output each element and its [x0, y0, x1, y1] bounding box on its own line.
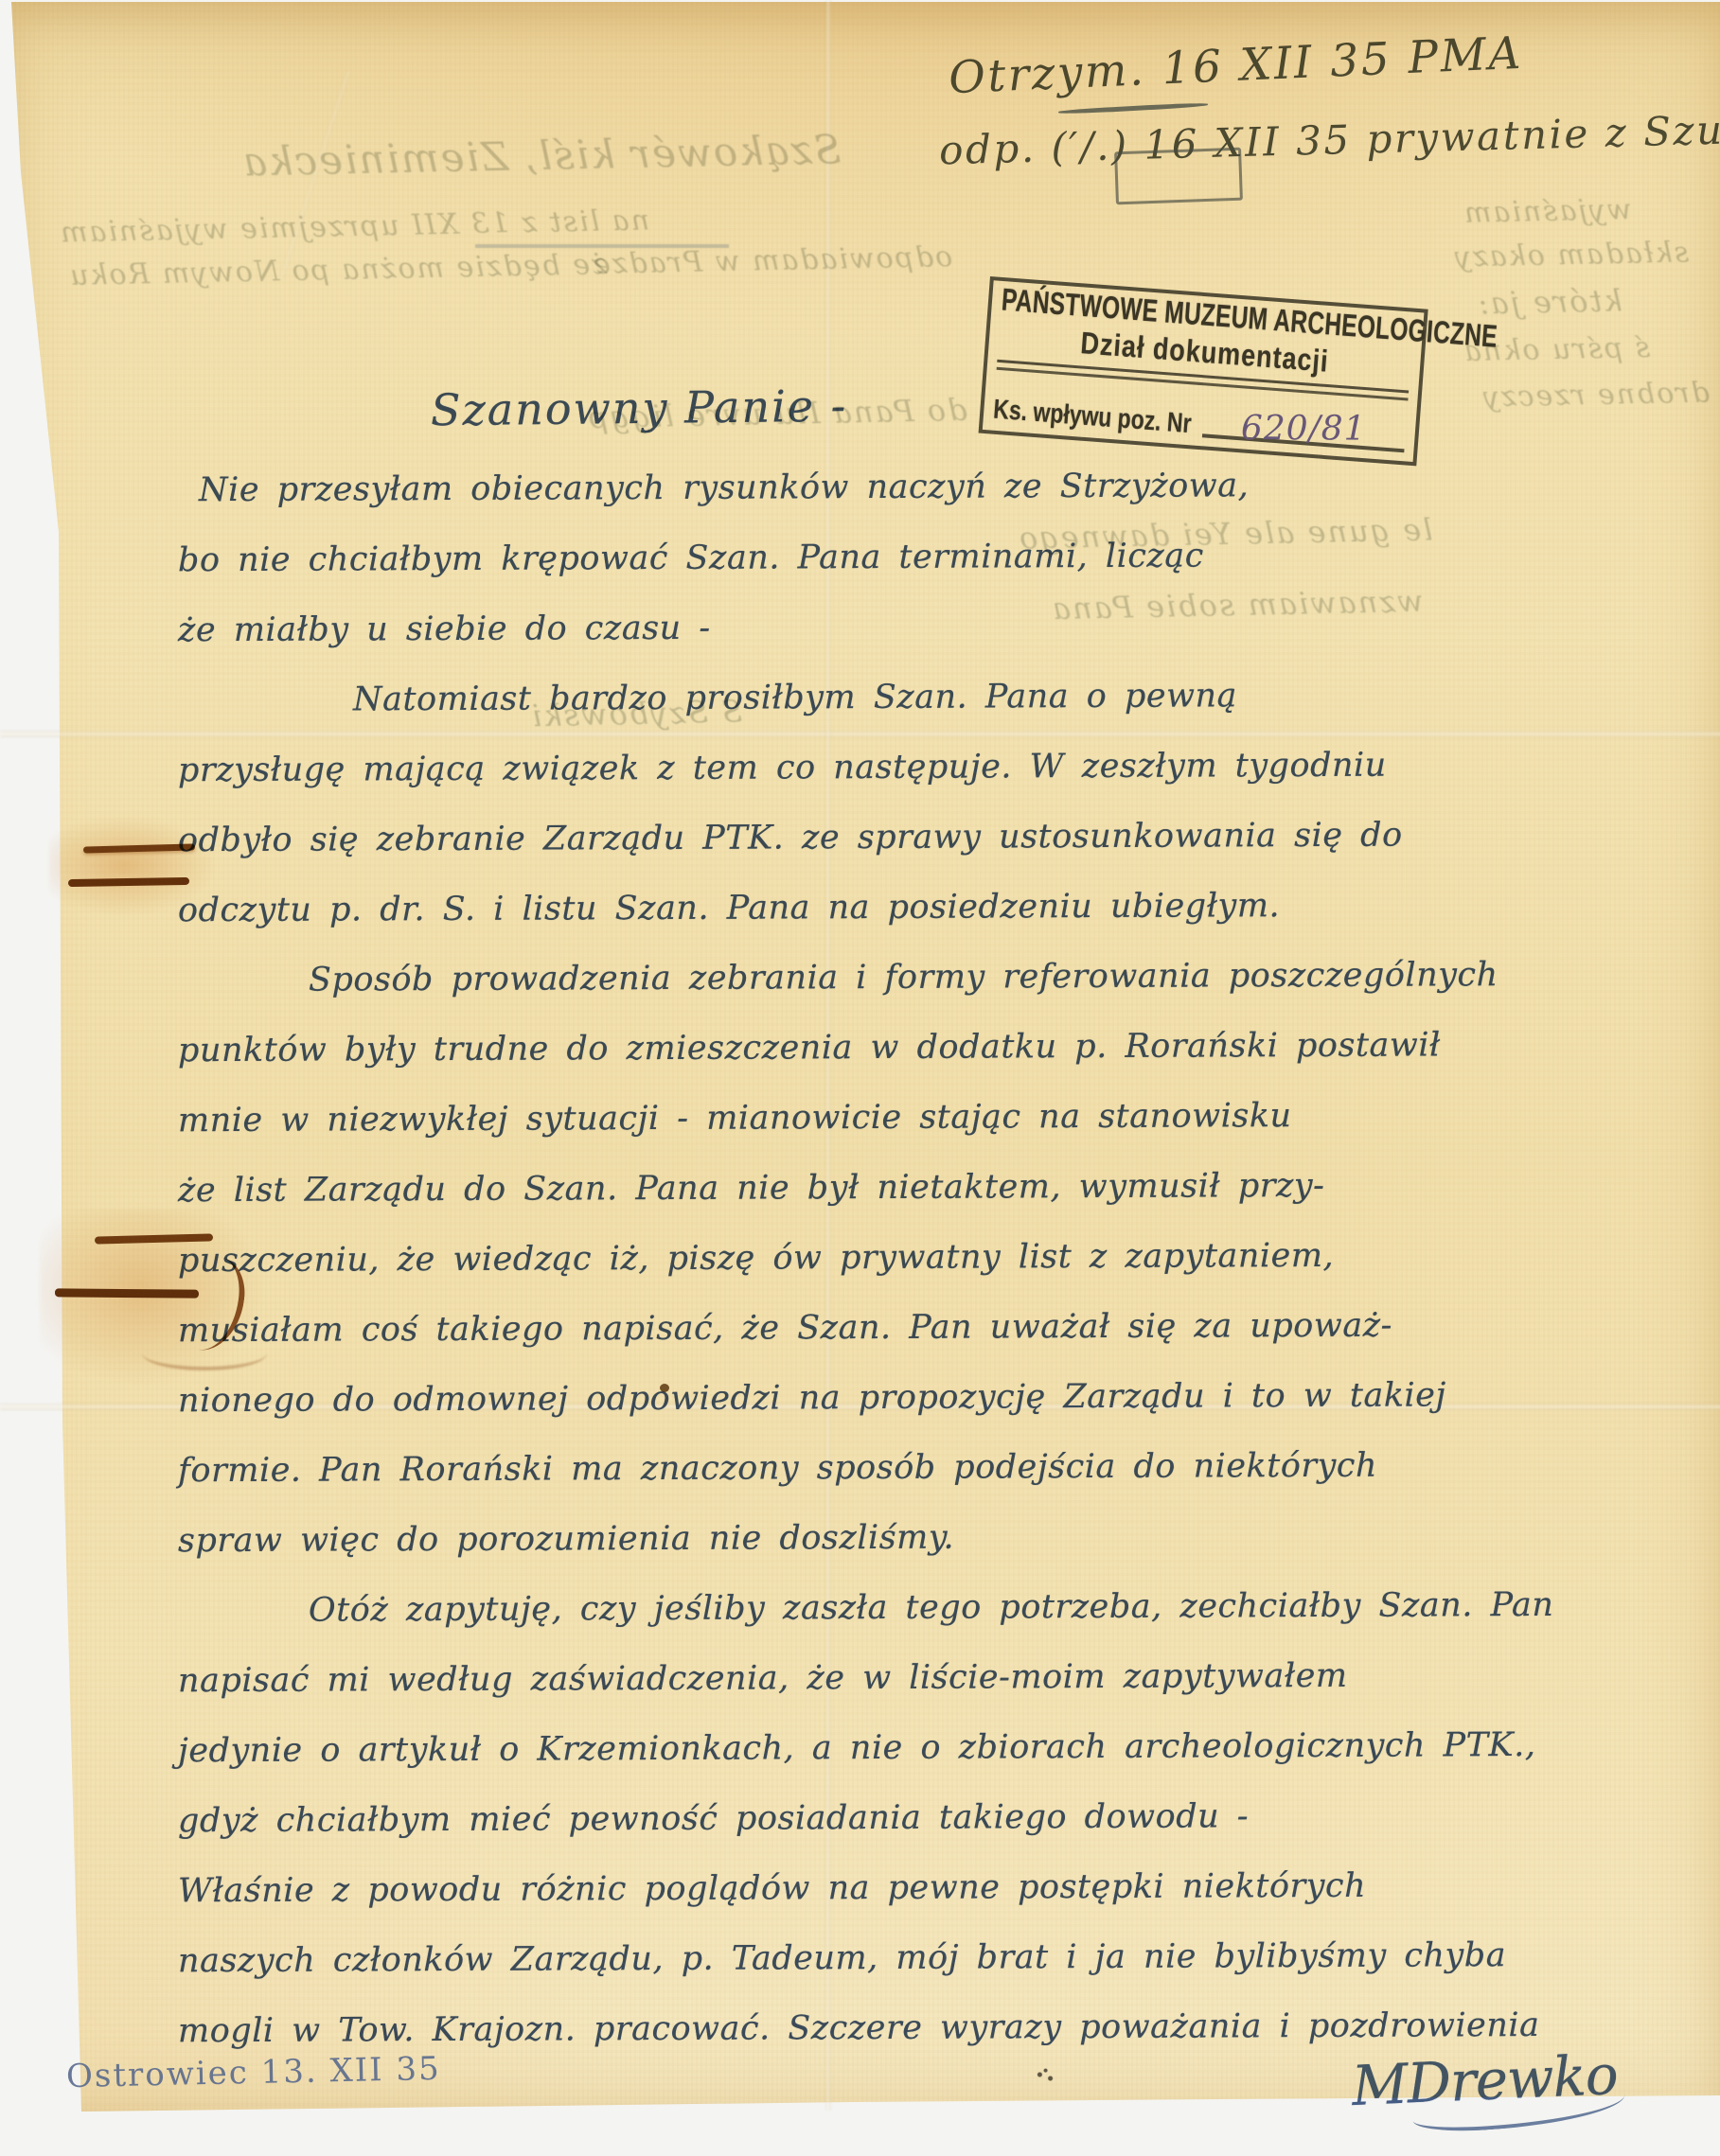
body-line: że miałby u siebie do czasu -	[178, 590, 1577, 665]
stamp-entry-label: Ks. wpływu poz. Nr	[992, 393, 1193, 439]
body-line: spraw więc do porozumienia nie doszliśmy…	[178, 1500, 1577, 1576]
stamp-entry-number: 620/81	[1241, 409, 1367, 449]
salutation: Szanowny Panie -	[431, 380, 848, 436]
body-line: napisać mi według zaświadczenia, że w li…	[178, 1640, 1577, 1716]
bleedthrough-text: które ja:	[1477, 282, 1622, 321]
body-line: odbyło się zebranie Zarządu PTK. ze spra…	[178, 800, 1577, 875]
body-line: gdyż chciałbym mieć pewność posiadania t…	[178, 1780, 1577, 1856]
bleedthrough-text: drobne rzeczy	[1481, 376, 1711, 414]
reply-note-date-box	[1114, 148, 1243, 205]
bleedthrough-text: składam okazy	[1453, 236, 1690, 274]
body-line: przysługę mającą związek z tem co następ…	[178, 730, 1577, 805]
body-line: Natomiast bardzo prosiłbym Szan. Pana o …	[178, 660, 1577, 735]
body-line: że list Zarządu do Szan. Pana nie był ni…	[178, 1150, 1577, 1226]
body-line: naszych członków Zarządu, p. Tadeum, mój…	[178, 1920, 1577, 1996]
stamp-entry-line: 620/81	[1201, 395, 1407, 452]
body-line: punktów były trudne do zmieszczenia w do…	[178, 1010, 1577, 1086]
body-line: bo nie chciałbym krępować Szan. Pana ter…	[178, 520, 1577, 595]
dirt-speck	[1032, 2067, 1058, 2086]
body-line: puszczeniu, że wiedząc iż, piszę ów pryw…	[178, 1220, 1577, 1296]
body-line: formie. Pan Rorański ma znaczony sposób …	[178, 1430, 1577, 1506]
body-line: jedynie o artykuł o Krzemionkach, a nie …	[178, 1710, 1577, 1786]
body-line: musiałam coś takiego napisać, że Szan. P…	[178, 1290, 1577, 1366]
letter-body: Nie przesyłam obiecanych rysunków naczyń…	[178, 452, 1577, 2063]
bleedthrough-text: wyjaśniam	[1463, 193, 1632, 230]
body-line: Właśnie z powodu różnic poglądów na pewn…	[178, 1850, 1577, 1926]
body-line: Otóż zapytuję, czy jeśliby zaszła tego p…	[178, 1570, 1577, 1646]
body-line: Nie przesyłam obiecanych rysunków naczyń…	[178, 450, 1577, 525]
body-line: Sposób prowadzenia zebrania i formy refe…	[178, 940, 1577, 1016]
body-line: nionego do odmownej odpowiedzi na propoz…	[178, 1360, 1577, 1436]
museum-stamp: PAŃSTWOWE MUZEUM ARCHEOLOGICZNE Dział do…	[979, 276, 1428, 466]
body-line: odczytu p. dr. S. i listu Szan. Pana na …	[178, 870, 1577, 945]
body-line: mnie w niezwykłej sytuacji - mianowicie …	[178, 1080, 1577, 1156]
dateline: Ostrowiec 13. XII 35	[66, 2050, 441, 2095]
